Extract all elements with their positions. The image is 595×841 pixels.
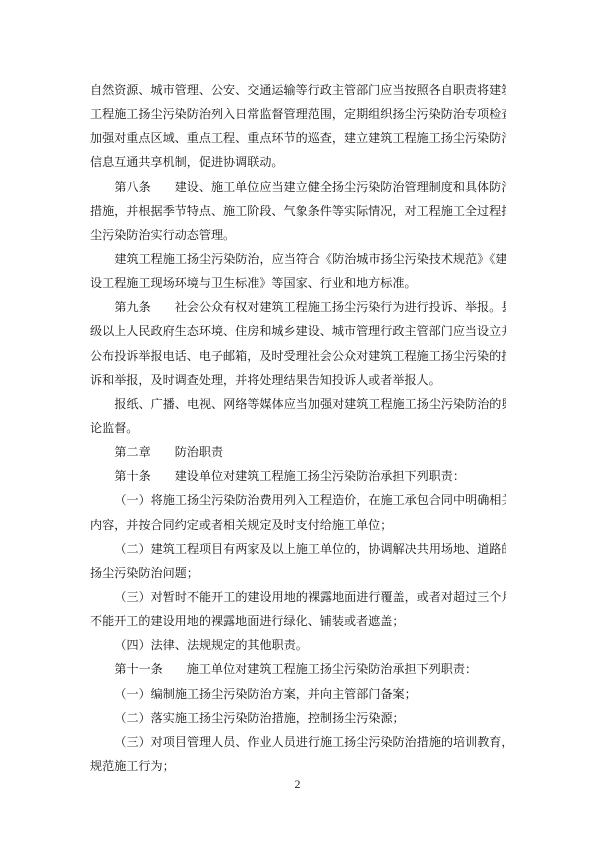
text-line: 尘污染防治实行动态管理。 bbox=[90, 225, 506, 249]
text-line: （一）将施工扬尘污染防治费用列入工程造价，在施工承包合同中明确相关 bbox=[90, 490, 506, 514]
page-number: 2 bbox=[0, 777, 595, 792]
document-body: 自然资源、城市管理、公安、交通运输等行政主管部门应当按照各自职责将建筑工程施工扬… bbox=[90, 80, 506, 780]
article-line: 第九条社会公众有权对建筑工程施工扬尘污染行为进行投诉、举报。县 bbox=[90, 297, 506, 321]
article-text: 社会公众有权对建筑工程施工扬尘污染行为进行投诉、举报。县 bbox=[175, 300, 506, 314]
text-line: （三）对暂时不能开工的建设用地的裸露地面进行覆盖，或者对超过三个月 bbox=[90, 587, 506, 611]
article-number: 第十条 bbox=[114, 469, 150, 483]
text-line: 论监督。 bbox=[90, 418, 506, 442]
article-number: 第八条 bbox=[114, 180, 150, 194]
text-line: 设工程施工现场环境与卫生标准》等国家、行业和地方标准。 bbox=[90, 273, 506, 297]
text-line: （四）法律、法规规定的其他职责。 bbox=[90, 635, 506, 659]
text-line: 内容，并按合同约定或者相关规定及时支付给施工单位； bbox=[90, 515, 506, 539]
text-line: 报纸、广播、电视、网络等媒体应当加强对建筑工程施工扬尘污染防治的舆 bbox=[90, 394, 506, 418]
text-line: 信息互通共享机制，促进协调联动。 bbox=[90, 152, 506, 176]
text-line: 公布投诉举报电话、电子邮箱，及时受理社会公众对建筑工程施工扬尘污染的投 bbox=[90, 346, 506, 370]
text-line: 级以上人民政府生态环境、住房和城乡建设、城市管理行政主管部门应当设立并 bbox=[90, 321, 506, 345]
text-line: 工程施工扬尘污染防治列入日常监督管理范围，定期组织扬尘污染防治专项检查， bbox=[90, 104, 506, 128]
text-line: 诉和举报，及时调查处理，并将处理结果告知投诉人或者举报人。 bbox=[90, 370, 506, 394]
article-number: 第十一条 bbox=[114, 662, 162, 676]
chapter-title: 防治职责 bbox=[175, 445, 223, 459]
chapter-heading-line: 第二章防治职责 bbox=[90, 442, 506, 466]
article-line: 第八条建设、施工单位应当建立健全扬尘污染防治管理制度和具体防治 bbox=[90, 177, 506, 201]
text-line: 不能开工的建设用地的裸露地面进行绿化、铺装或者遮盖； bbox=[90, 611, 506, 635]
chapter-number: 第二章 bbox=[114, 445, 150, 459]
text-line: 扬尘污染防治问题； bbox=[90, 563, 506, 587]
article-line: 第十条建设单位对建筑工程施工扬尘污染防治承担下列职责： bbox=[90, 466, 506, 490]
article-text: 建设、施工单位应当建立健全扬尘污染防治管理制度和具体防治 bbox=[175, 180, 506, 194]
text-line: 自然资源、城市管理、公安、交通运输等行政主管部门应当按照各自职责将建筑 bbox=[90, 80, 506, 104]
text-line: （一）编制施工扬尘污染防治方案，并向主管部门备案； bbox=[90, 684, 506, 708]
text-line: 加强对重点区域、重点工程、重点环节的巡查，建立建筑工程施工扬尘污染防治 bbox=[90, 128, 506, 152]
text-line: （二）建筑工程项目有两家及以上施工单位的，协调解决共用场地、道路的 bbox=[90, 539, 506, 563]
text-line: （三）对项目管理人员、作业人员进行施工扬尘污染防治措施的培训教育， bbox=[90, 732, 506, 756]
document-page: 自然资源、城市管理、公安、交通运输等行政主管部门应当按照各自职责将建筑工程施工扬… bbox=[0, 0, 595, 841]
text-line: （二）落实施工扬尘污染防治措施，控制扬尘污染源； bbox=[90, 708, 506, 732]
text-line: 措施，并根据季节特点、施工阶段、气象条件等实际情况，对工程施工全过程扬 bbox=[90, 201, 506, 225]
article-text: 建设单位对建筑工程施工扬尘污染防治承担下列职责： bbox=[175, 469, 465, 483]
text-line: 建筑工程施工扬尘污染防治，应当符合《防治城市扬尘污染技术规范》《建 bbox=[90, 249, 506, 273]
article-line: 第十一条施工单位对建筑工程施工扬尘污染防治承担下列职责： bbox=[90, 659, 506, 683]
article-number: 第九条 bbox=[114, 300, 150, 314]
article-text: 施工单位对建筑工程施工扬尘污染防治承担下列职责： bbox=[187, 662, 477, 676]
